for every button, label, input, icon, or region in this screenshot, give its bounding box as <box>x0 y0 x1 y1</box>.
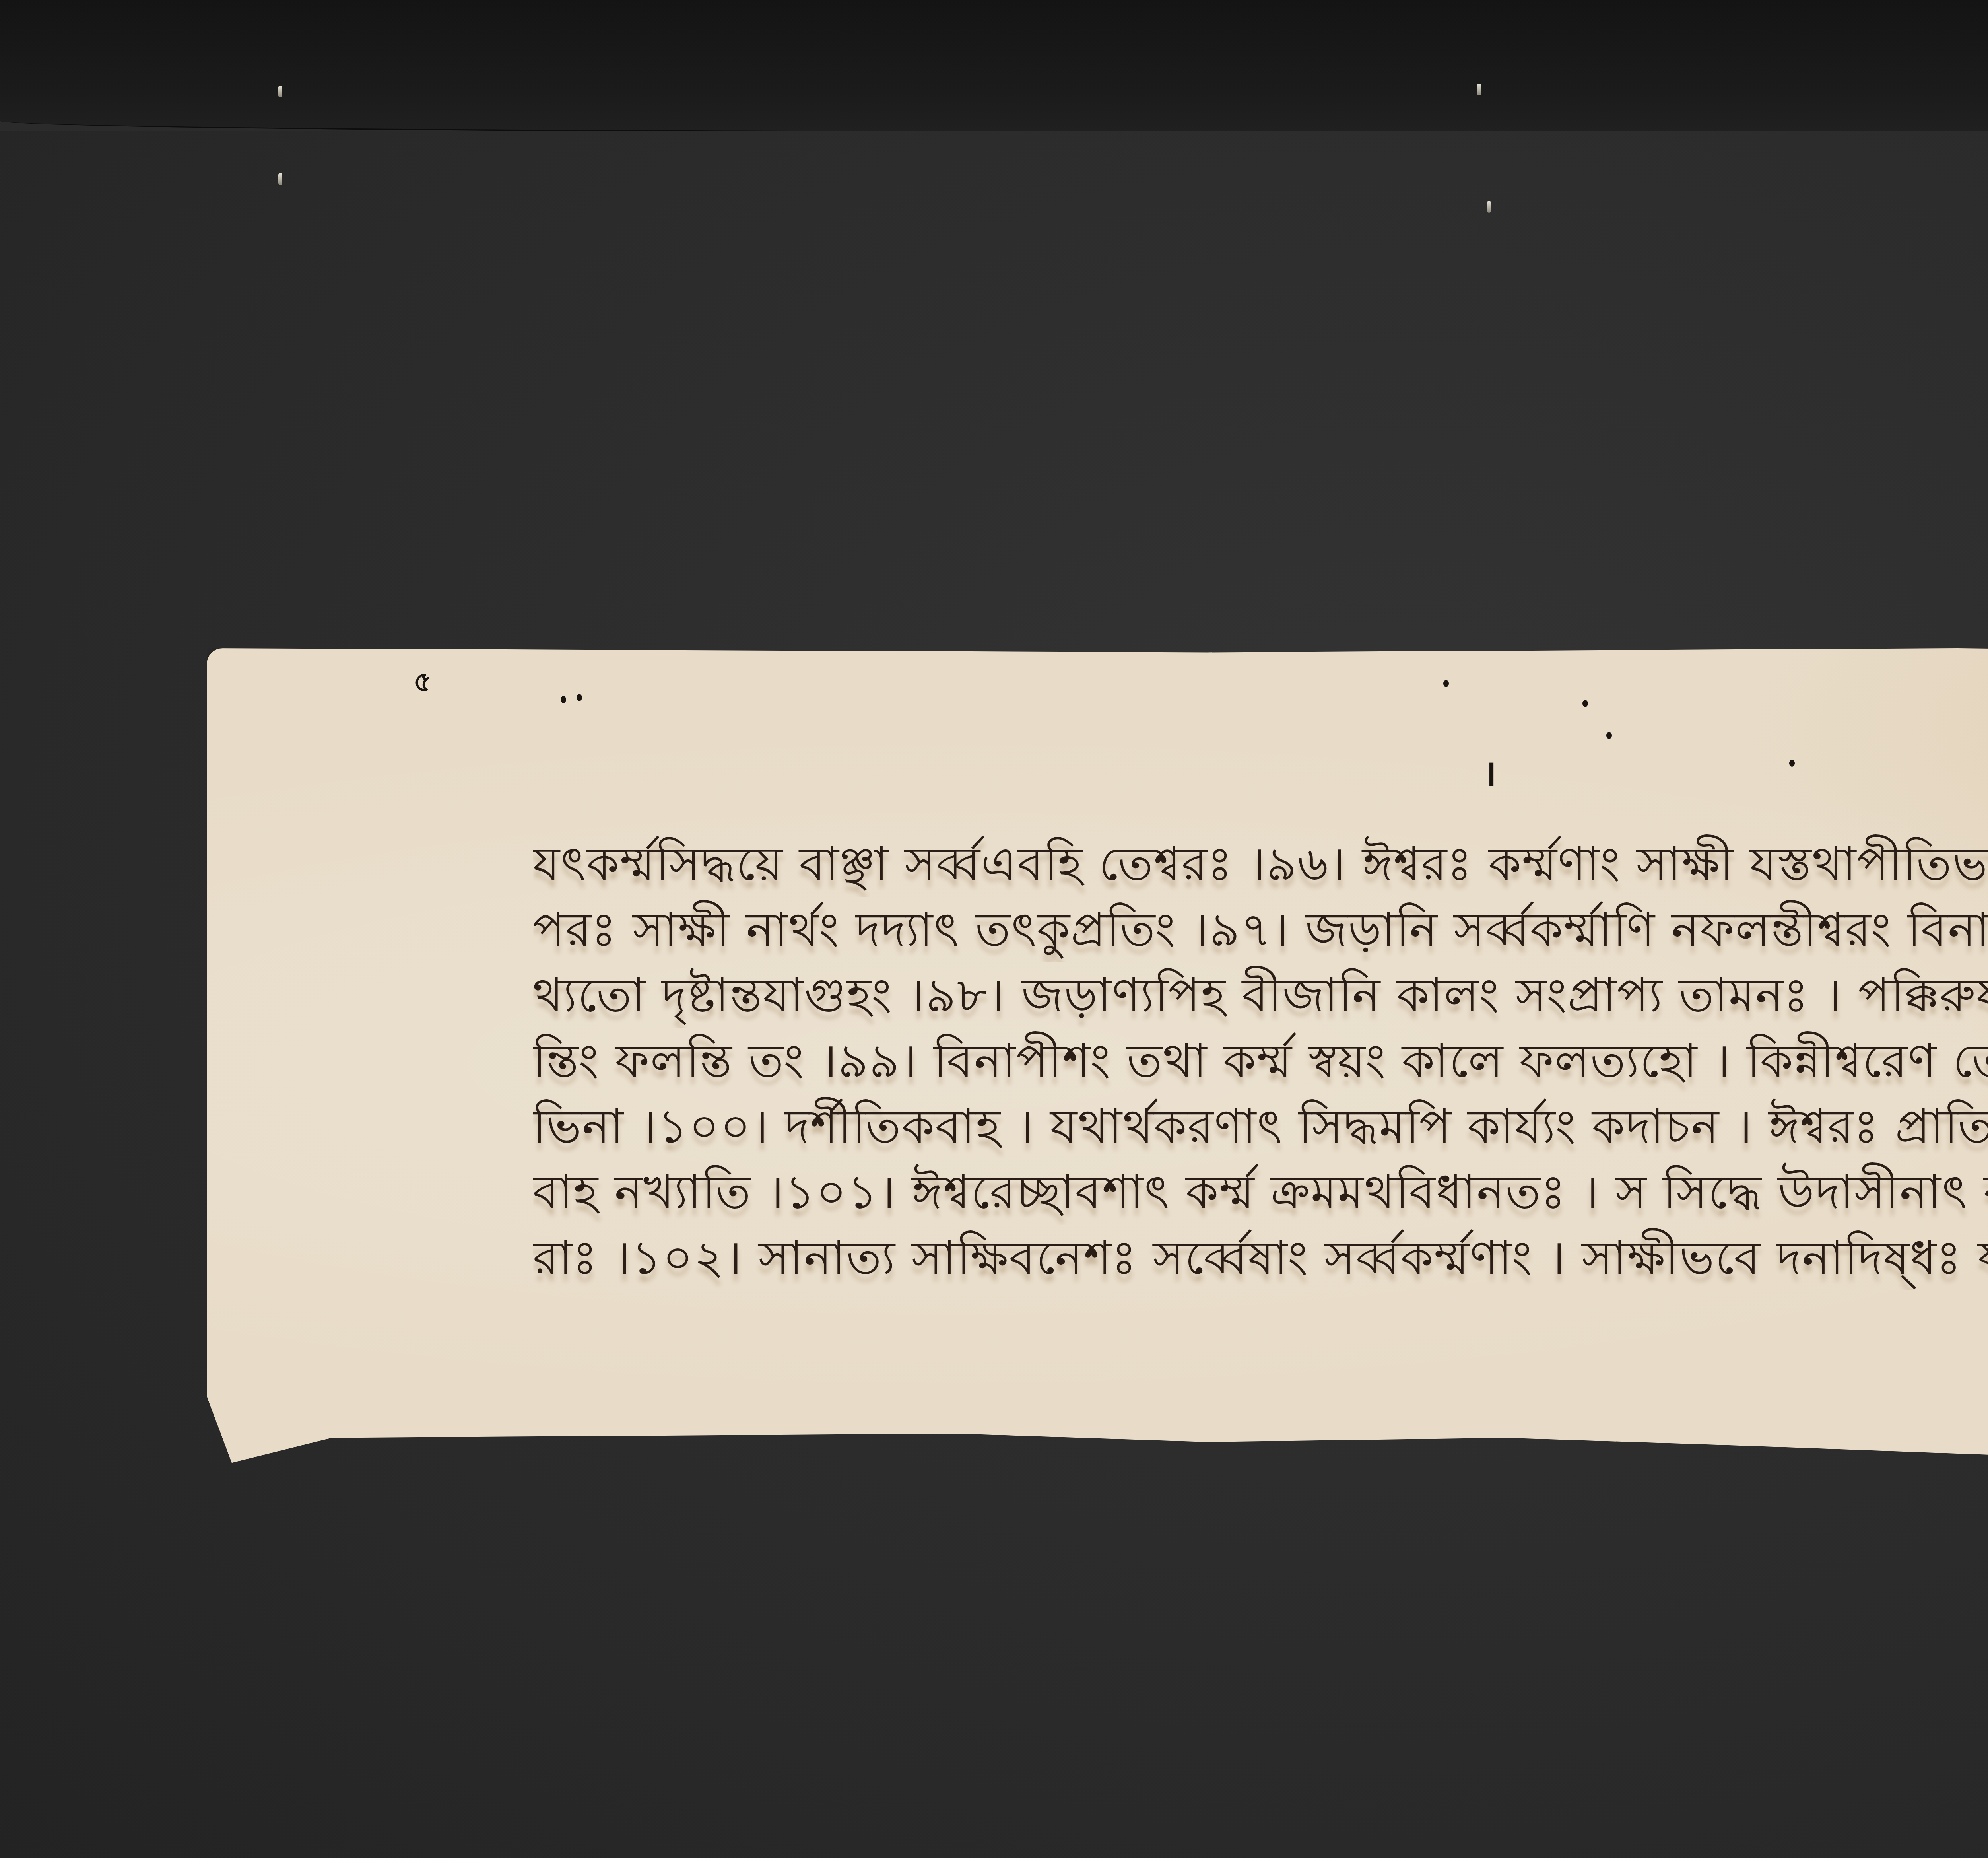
ink-dot <box>577 694 582 701</box>
manuscript-leaf: ৫ । ৫. যৎকর্ম্মসিদ্ধয়ে বাঞ্ছা সর্ব্বএবহ… <box>207 648 1988 1479</box>
manuscript-line-3: থ্যতো দৃষ্টান্তযাগুহং ।৯৮। জড়াণ্যপিহ বী… <box>533 962 1988 1028</box>
manuscript-line-4: ন্তিং ফলন্তি তং ।৯৯। বিনাপীশং তথা কর্ম্ম… <box>533 1028 1988 1094</box>
ink-dot <box>1789 760 1795 767</box>
mounting-pin <box>278 86 282 97</box>
mounting-pin <box>1487 201 1491 213</box>
ink-dot <box>1606 732 1612 739</box>
ink-dot <box>1582 700 1588 707</box>
mounting-pin <box>278 173 282 185</box>
manuscript-line-6: বাহ নখ্যাতি ।১০১। ঈশ্বরেচ্ছাবশাৎ কর্ম্ম … <box>533 1159 1988 1225</box>
manuscript-line-1: যৎকর্ম্মসিদ্ধয়ে বাঞ্ছা সর্ব্বএবহি তেশ্ব… <box>533 831 1988 897</box>
manuscript-text: যৎকর্ম্মসিদ্ধয়ে বাঞ্ছা সর্ব্বএবহি তেশ্ব… <box>533 831 1988 1290</box>
top-backing-board <box>0 0 1988 133</box>
manuscript-line-7: রাঃ ।১০২। সানাত্য সাক্ষিবনেশঃ সর্ব্বেষাং… <box>533 1225 1988 1290</box>
left-folio-mark: ৫ <box>414 660 431 707</box>
ink-dot <box>561 696 566 703</box>
ink-dot <box>1443 680 1449 687</box>
manuscript-line-5: ভিনা ।১০০। দর্শীতিকবাহ । যথার্থকরণাৎ সিদ… <box>533 1094 1988 1159</box>
manuscript-line-2: পরঃ সাক্ষী নার্থং দদ্যাৎ তৎকুপ্রতিং ।৯৭।… <box>533 897 1988 962</box>
top-center-mark: । <box>1483 748 1497 796</box>
mounting-pin <box>1477 84 1481 95</box>
